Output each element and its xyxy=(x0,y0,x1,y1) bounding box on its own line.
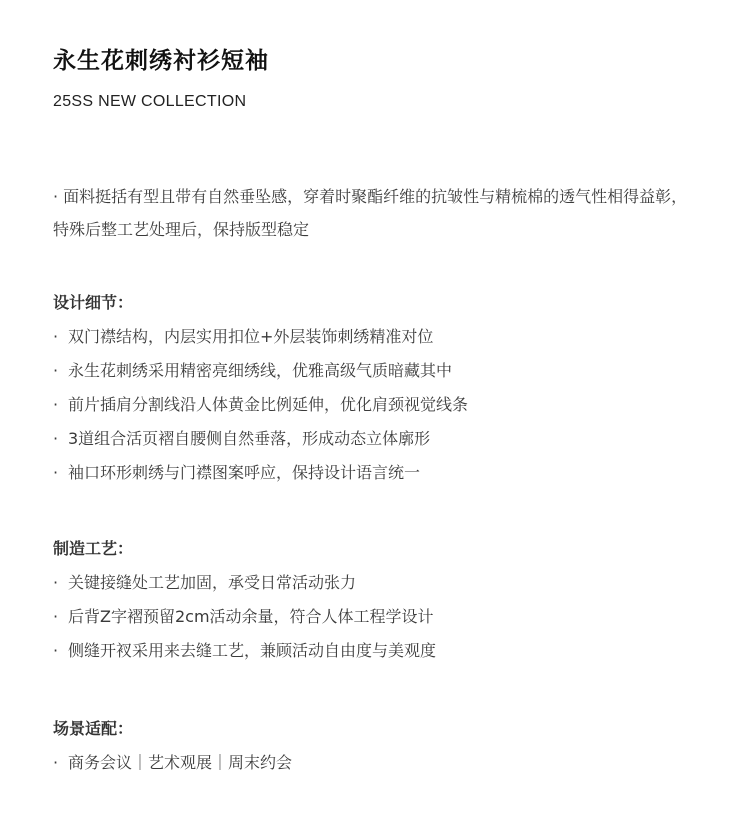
list-item-text: 关键接缝处工艺加固，承受日常活动张力 xyxy=(68,573,356,592)
list-item-text: 袖口环形刺绣与门襟图案呼应，保持设计语言统一 xyxy=(68,463,420,482)
bullet-dot-icon: · xyxy=(53,634,68,668)
bullet-dot-icon: · xyxy=(53,746,68,780)
section-heading: 设计细节： xyxy=(53,286,713,320)
fabric-intro-paragraph: · 面料挺括有型且带有自然垂坠感，穿着时聚酯纤维的抗皱性与精梳棉的透气性相得益彰… xyxy=(53,180,703,246)
section-heading: 场景适配： xyxy=(53,712,713,746)
bullet-dot-icon: · xyxy=(53,456,68,490)
bullet-dot-icon: · xyxy=(53,600,68,634)
bullet-dot-icon: · xyxy=(53,566,68,600)
list-item: ·商务会议｜艺术观展｜周末约会 xyxy=(53,746,713,780)
list-item-text: 侧缝开衩采用来去缝工艺，兼顾活动自由度与美观度 xyxy=(68,641,436,660)
list-item: ·袖口环形刺绣与门襟图案呼应，保持设计语言统一 xyxy=(53,456,713,490)
section-heading: 制造工艺： xyxy=(53,532,713,566)
list-item-text: 双门襟结构，内层实用扣位+外层装饰刺绣精准对位 xyxy=(68,327,433,346)
list-item: ·前片插肩分割线沿人体黄金比例延伸，优化肩颈视觉线条 xyxy=(53,388,713,422)
bullet-dot-icon: · xyxy=(53,320,68,354)
bullet-dot-icon: · xyxy=(53,388,68,422)
list-item: ·后背Z字褶预留2cm活动余量，符合人体工程学设计 xyxy=(53,600,713,634)
list-item: ·侧缝开衩采用来去缝工艺，兼顾活动自由度与美观度 xyxy=(53,634,713,668)
bullet-dot-icon: · xyxy=(53,422,68,456)
list-item-text: 商务会议｜艺术观展｜周末约会 xyxy=(68,753,292,772)
list-item-text: 后背Z字褶预留2cm活动余量，符合人体工程学设计 xyxy=(68,607,434,626)
collection-subtitle: 25SS NEW COLLECTION xyxy=(53,90,246,114)
section-manufacturing: 制造工艺： ·关键接缝处工艺加固，承受日常活动张力 ·后背Z字褶预留2cm活动余… xyxy=(53,532,713,668)
list-item: ·3道组合活页褶自腰侧自然垂落，形成动态立体廓形 xyxy=(53,422,713,456)
bullet-dot-icon: · xyxy=(53,354,68,388)
product-title: 永生花刺绣衬衫短袖 xyxy=(53,44,269,78)
section-design-details: 设计细节： ·双门襟结构，内层实用扣位+外层装饰刺绣精准对位 ·永生花刺绣采用精… xyxy=(53,286,713,490)
list-item: ·永生花刺绣采用精密亮细绣线，优雅高级气质暗藏其中 xyxy=(53,354,713,388)
list-item: ·关键接缝处工艺加固，承受日常活动张力 xyxy=(53,566,713,600)
list-item-text: 3道组合活页褶自腰侧自然垂落，形成动态立体廓形 xyxy=(68,429,430,448)
list-item: ·双门襟结构，内层实用扣位+外层装饰刺绣精准对位 xyxy=(53,320,713,354)
list-item-text: 永生花刺绣采用精密亮细绣线，优雅高级气质暗藏其中 xyxy=(68,361,452,380)
section-occasions: 场景适配： ·商务会议｜艺术观展｜周末约会 xyxy=(53,712,713,780)
list-item-text: 前片插肩分割线沿人体黄金比例延伸，优化肩颈视觉线条 xyxy=(68,395,468,414)
